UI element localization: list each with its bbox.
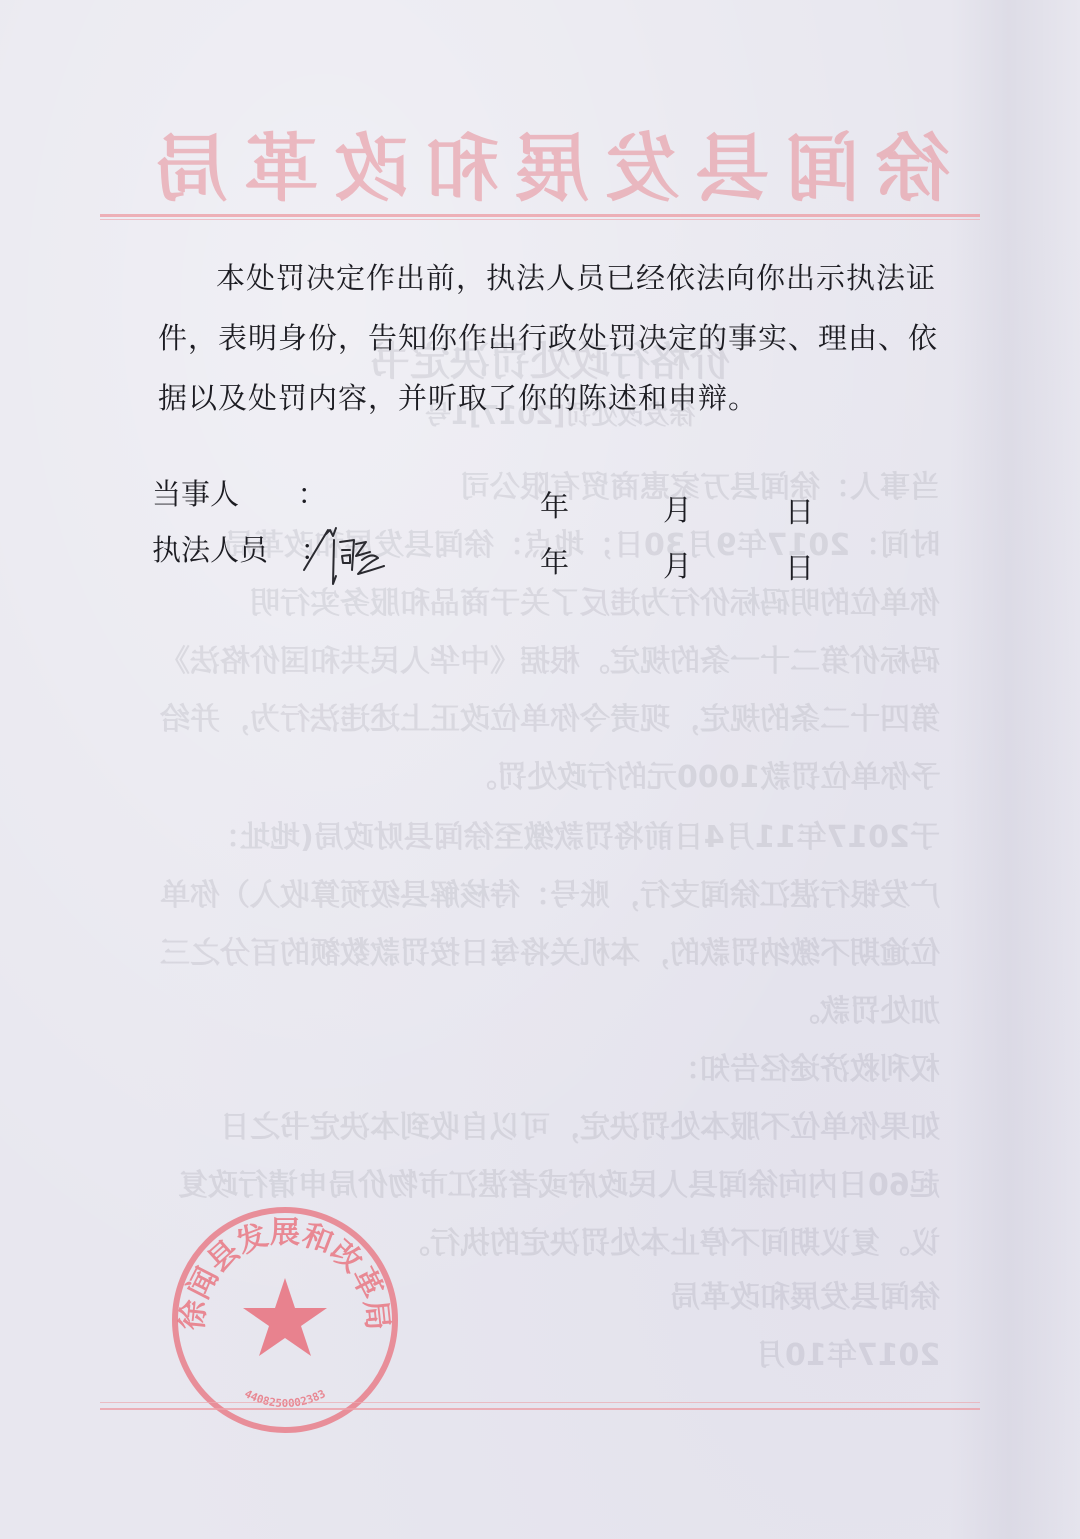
letterhead-char: 展 [511, 110, 589, 216]
notice-paragraph: 本处罚决定作出前，执法人员已经依法向你出示执法证件，表明身份，告知你作出行政处罚… [158, 248, 938, 428]
bleed-line: 权利救济途径告知： [670, 1044, 940, 1088]
letterhead-char: 改 [331, 110, 409, 216]
letterhead-char: 闻 [782, 110, 860, 216]
bleed-line: 广发银行湛江徐闻支行，账号：待核解县级预算收入）你单 [160, 870, 940, 914]
letterhead-bleed-through: 徐闻县发展和改革局 [150, 118, 950, 208]
official-seal: 徐闻县发展和改革局 4408250002383 [165, 1200, 405, 1440]
letterhead-char: 县 [692, 110, 770, 216]
party-month-label: 月 [663, 488, 692, 529]
officer-label: 执法人员 [152, 528, 268, 569]
letterhead-char: 革 [240, 110, 318, 216]
bleed-line: 于2017年11月4日前将罚款缴至徐闻县财政局(地址： [210, 812, 940, 856]
letterhead-char: 局 [150, 110, 228, 216]
party-label: 当事人 [152, 472, 239, 513]
footer-rule [100, 1408, 980, 1410]
bleed-line: 徐闻县发展和改革局 [670, 1272, 940, 1316]
bleed-line: 起60日内向徐闻县人民政府或者湛江市物价局申请行政复 [178, 1160, 940, 1204]
scan-edge-shadow [950, 0, 1080, 1539]
bleed-line: 予你单位罚款1000元的行政处罚。 [467, 752, 941, 796]
footer-rule-top [100, 1402, 980, 1403]
bleed-line: 第四十二条的规定，现责令你单位改正上述违法行为，并给 [160, 694, 940, 738]
officer-month-label: 月 [663, 544, 692, 585]
letterhead-char: 和 [421, 110, 499, 216]
bleed-line: 加处罚款。 [790, 986, 940, 1030]
party-signature-row: 当事人 ： [152, 472, 326, 513]
officer-handwritten-signature [300, 522, 390, 592]
officer-year-label: 年 [540, 540, 569, 581]
bleed-line: 码标价第二十一条的规定。根据《中华人民共和国价格法》 [160, 636, 940, 680]
letterhead-char: 发 [601, 110, 679, 216]
officer-day-label: 日 [785, 546, 814, 587]
svg-text:4408250002383: 4408250002383 [242, 1387, 327, 1410]
party-colon: ： [297, 477, 326, 511]
bleed-line: 2017年10月 [755, 1330, 940, 1374]
letterhead-rule-thin [100, 219, 980, 220]
bleed-line: 议。复议期间不停止本处罚决定的执行。 [400, 1218, 940, 1262]
bleed-line: 位逾期不缴纳罚款的，本机关将每日按罚款数额的百分之三 [160, 928, 940, 972]
party-day-label: 日 [785, 490, 814, 531]
bleed-line: 如果你单位不服本处罚决定，可以自收到本决定书之日 [220, 1102, 940, 1146]
letterhead-char: 徐 [872, 110, 950, 216]
party-year-label: 年 [540, 484, 569, 525]
bleed-line: 当事人：徐闻县万家惠商贸有限公司 [460, 462, 940, 506]
letterhead-rule [100, 214, 980, 217]
